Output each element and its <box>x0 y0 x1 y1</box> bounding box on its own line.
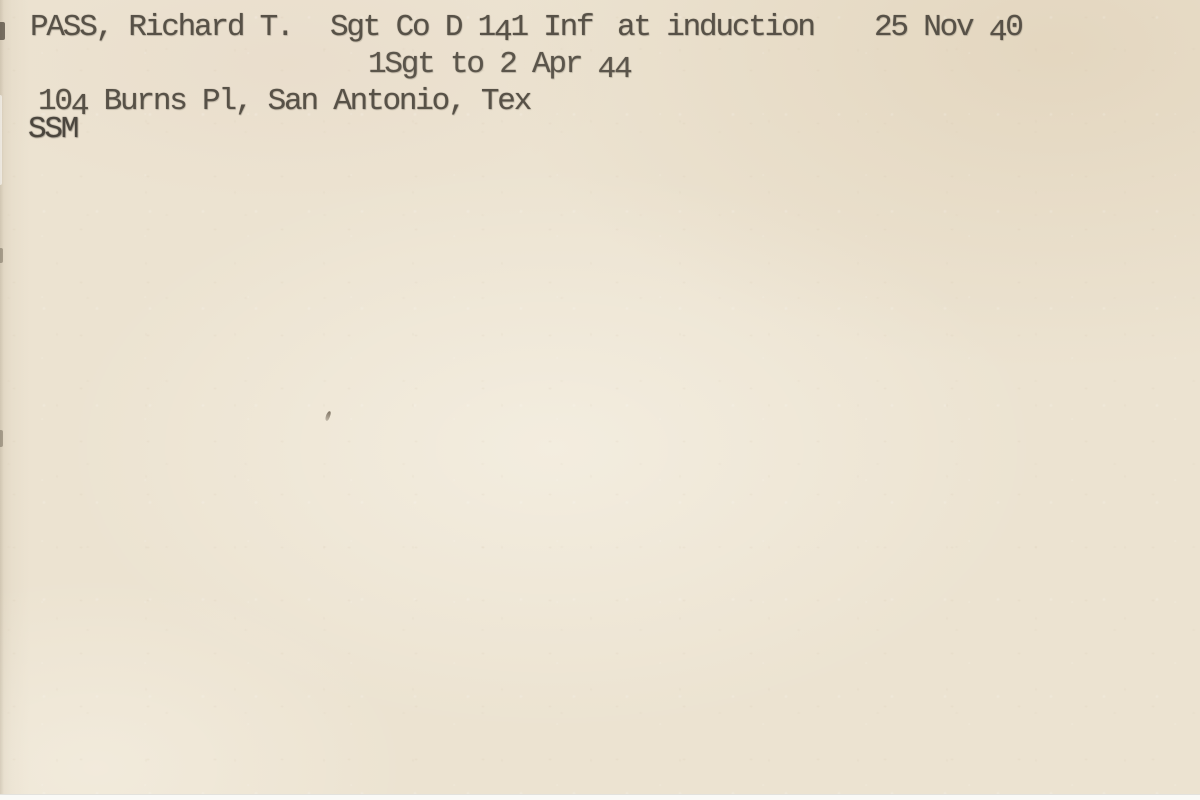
rank-unit: Sgt Co D 141 Inf <box>330 12 592 43</box>
soldier-name: PASS, Richard T. <box>30 12 292 43</box>
induction-note: at induction <box>617 12 814 43</box>
scan-edge-mark <box>0 22 5 40</box>
scan-edge-mark <box>0 430 3 447</box>
promotion-line: 1Sgt to 2 Apr 44 <box>368 49 630 80</box>
scan-edge-mark <box>0 248 3 263</box>
scan-edge-highlight <box>0 95 2 185</box>
index-card: PASS, Richard T. Sgt Co D 141 Inf at ind… <box>0 0 1200 800</box>
award-line: SSM <box>28 114 77 145</box>
induction-date: 25 Nov 40 <box>874 12 1022 43</box>
ink-speck <box>325 411 332 422</box>
address-line: 104 Burns Pl, San Antonio, Tex <box>38 86 530 117</box>
scan-bottom-edge <box>0 794 1200 800</box>
